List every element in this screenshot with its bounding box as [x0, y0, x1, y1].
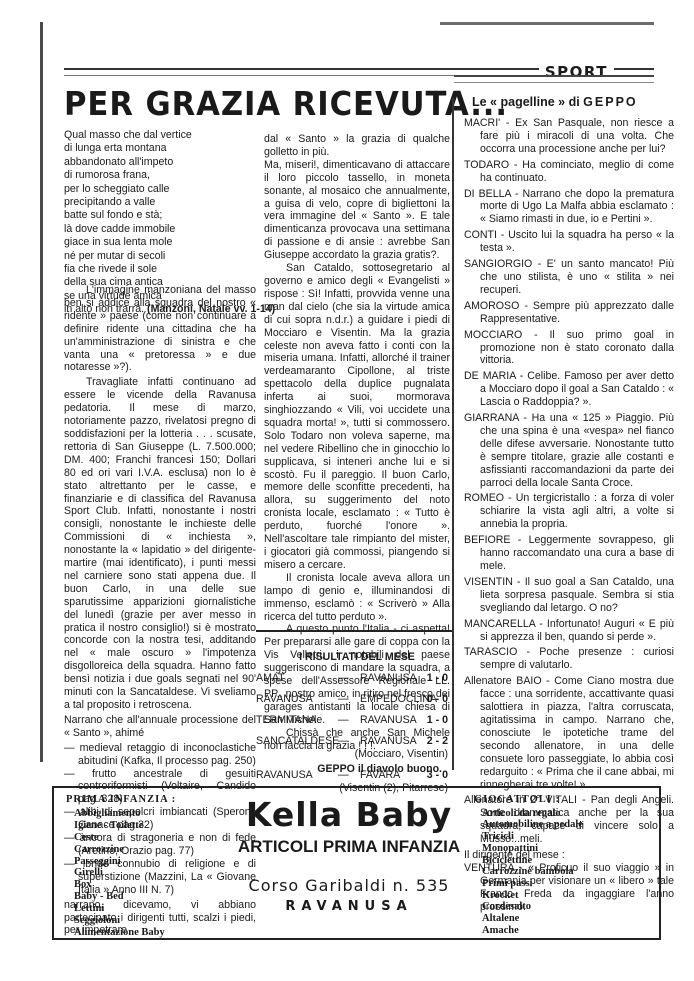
scorers-note: (Mocciaro, Visentin) — [338, 748, 448, 761]
ad-list-item: Ceste — [66, 832, 176, 844]
article-paragraph: Travagliate infatti continuano ad essere… — [64, 376, 256, 712]
home-team: TERMITANA — [256, 714, 338, 727]
separator: — — [338, 735, 360, 748]
player-rating: VISENTIN - Il suo goal a San Cataldo, un… — [464, 576, 674, 615]
ad-list-item: Biciclettine — [474, 855, 583, 867]
top-rule — [440, 22, 654, 25]
coach-rating: Allenatore BAIO - Come Ciano mostra due … — [464, 675, 674, 791]
ad-list-item: Carrozzine — [66, 844, 176, 856]
home-team: RAVANUSA — [256, 693, 338, 706]
article-paragraph: L'immagine manzoniana del masso ben si a… — [64, 284, 256, 374]
separator: — — [338, 693, 360, 706]
separator: — — [338, 672, 360, 685]
player-rating: TODARO - Ha cominciato, meglio di come h… — [464, 159, 674, 185]
article-paragraph: Ma, miseri!, dimenticavano di attaccare … — [264, 159, 450, 262]
ad-list-item: Altalene — [474, 913, 583, 925]
pagelline-title: Le « pagelline » di GEPPO — [472, 95, 638, 109]
double-rule-column3 — [454, 75, 654, 83]
ad-list-item: Amache — [474, 925, 583, 937]
ad-list-item: Tricicli — [474, 831, 583, 843]
player-rating: DI BELLA - Narrano che dopo la prematura… — [464, 188, 674, 227]
result-row: TERMITANA — RAVANUSA 1 - 0 — [256, 714, 448, 727]
poem-line: fia che rivede il sole — [64, 263, 254, 276]
away-team: FAVARA — [360, 769, 426, 782]
separator: — — [338, 769, 360, 782]
ad-list-item: Alimentazione Baby — [66, 927, 176, 939]
result-row: SANCATALDESE — RAVANUSA 2 - 2 (Mocciaro,… — [256, 735, 448, 761]
advertisement-kella-baby: PRIMA INFANZIA : Abbigliamento Igiene - … — [52, 786, 661, 940]
article-paragraph: dal « Santo » la grazia di qualche golle… — [264, 133, 450, 159]
ad-list-item: Primi passi — [474, 878, 583, 890]
column-3-rule — [452, 98, 454, 770]
player-rating: ROMEO - Un tergicristallo : a forza di v… — [464, 492, 674, 531]
player-rating: AMOROSO - Sempre più apprezzato dalle Ra… — [464, 300, 674, 326]
ad-list-item: Abbigliamento — [66, 808, 176, 820]
player-rating: SANGIORGIO - E' un santo mancato! Più ch… — [464, 258, 674, 297]
ad-list-item: Monopattini — [474, 843, 583, 855]
poem-line: per lo scheggiato calle — [64, 183, 254, 196]
ad-list-item: Carrozzine bambola — [474, 866, 583, 878]
ad-giocattoli-list: GIOCATTOLI : Articoli da regalo Automobi… — [474, 794, 583, 936]
ad-list-item: Igiene - Toilette — [66, 820, 176, 832]
ad-list-item: Cordesalto — [474, 901, 583, 913]
article-paragraph: San Cataldo, sottosegretario al governo … — [264, 262, 450, 572]
player-rating: MANCARELLA - Infortunato! Auguri « E più… — [464, 618, 674, 644]
ad-list-item: Lettini — [66, 903, 176, 915]
ad-list-heading: PRIMA INFANZIA : — [66, 794, 176, 806]
player-rating: MACRI' - Ex San Pasquale, non riesce a f… — [464, 117, 674, 156]
ad-list-item: Box — [66, 879, 176, 891]
poem-line: di rumorosa frana, — [64, 169, 254, 182]
ad-address: Corso Garibaldi n. 535 — [214, 876, 484, 895]
score: 3 - 0 — [426, 769, 448, 782]
ad-list-item: Passeggini — [66, 856, 176, 868]
result-row: RAVANUSA — EMPEDOCLINA 0 - 0 — [256, 693, 448, 706]
ad-list-item: Seggioloni — [66, 915, 176, 927]
separator: — — [338, 714, 360, 727]
poem-line: di lunga erta montana — [64, 142, 254, 155]
score: 1 - 0 — [426, 672, 448, 685]
pagelline-title-name: GEPPO — [583, 95, 637, 109]
away-team: RAVANUSA — [360, 672, 426, 685]
ad-list-heading: GIOCATTOLI : — [474, 794, 583, 806]
away-team: RAVANUSA — [360, 714, 426, 727]
poem-line: batte sul fondo e stà; — [64, 209, 254, 222]
score: 1 - 0 — [426, 714, 448, 727]
away-team: RAVANUSA — [360, 735, 426, 748]
score: 2 - 2 — [426, 735, 448, 748]
ad-list-item: Girelli — [66, 867, 176, 879]
home-team: RAVANUSA — [256, 769, 338, 782]
player-rating: CONTI - Uscito lui la squadra ha perso «… — [464, 229, 674, 255]
ad-list-item: Articoli da regalo — [474, 808, 583, 820]
dash-list-item: — medieval retaggio di inconoclastiche a… — [64, 742, 256, 768]
player-rating: DE MARIA - Celibe. Famoso per aver detto… — [464, 370, 674, 409]
poem-line: abbandonato all'impeto — [64, 156, 254, 169]
score: 0 - 0 — [426, 693, 448, 706]
ad-list-item: Automobiline a pedale — [474, 819, 583, 831]
ad-prima-infanzia-list: PRIMA INFANZIA : Abbigliamento Igiene - … — [66, 794, 176, 939]
results-table: AMAT — RAVANUSA 1 - 0 RAVANUSA — EMPEDOC… — [256, 672, 448, 803]
article-paragraph: Il cronista locale aveva allora un lampo… — [264, 572, 450, 624]
ad-town: RAVANUSA — [214, 899, 484, 914]
ad-brand-block: Kella Baby ARTICOLI PRIMA INFANZIA Corso… — [214, 794, 484, 914]
poem-line: giace in sua lenta mole — [64, 236, 254, 249]
article-paragraph: Narrano che all'annuale processione del … — [64, 714, 256, 740]
poem-line: né per mutar di secoli — [64, 250, 254, 263]
ad-list-item: Krocket — [474, 890, 583, 902]
poem-line: Qual masso che dal vertice — [64, 129, 254, 142]
poem-line: precipitando a valle — [64, 196, 254, 209]
player-rating: TARASCIO - Poche presenze : curiosi semp… — [464, 646, 674, 672]
home-team: SANCATALDESE — [256, 735, 338, 748]
headline: PER GRAZIA RICEVUTA... — [64, 84, 508, 124]
ad-tagline: ARTICOLI PRIMA INFANZIA — [214, 836, 484, 858]
away-team: EMPEDOCLINA — [360, 693, 426, 706]
result-row: AMAT — RAVANUSA 1 - 0 — [256, 672, 448, 685]
player-rating: BEFIORE - Leggermente sovrappeso, gli ha… — [464, 534, 674, 573]
ad-brand-name: Kella Baby — [214, 794, 484, 836]
player-rating: MOCCIARO - Il suo primo goal in promozio… — [464, 329, 674, 368]
results-title: I RISULTATI DEL MESE — [264, 651, 450, 663]
player-rating: GIARRANA - Ha una « 125 » Piaggio. Più c… — [464, 412, 674, 489]
results-divider — [256, 630, 452, 632]
home-team: AMAT — [256, 672, 338, 685]
page-gutter-rule — [40, 22, 43, 762]
poem-line: là dove cadde immobile — [64, 223, 254, 236]
ad-list-item: Baby - Bed — [66, 891, 176, 903]
pagelline-title-prefix: Le « pagelline » di — [472, 95, 580, 109]
